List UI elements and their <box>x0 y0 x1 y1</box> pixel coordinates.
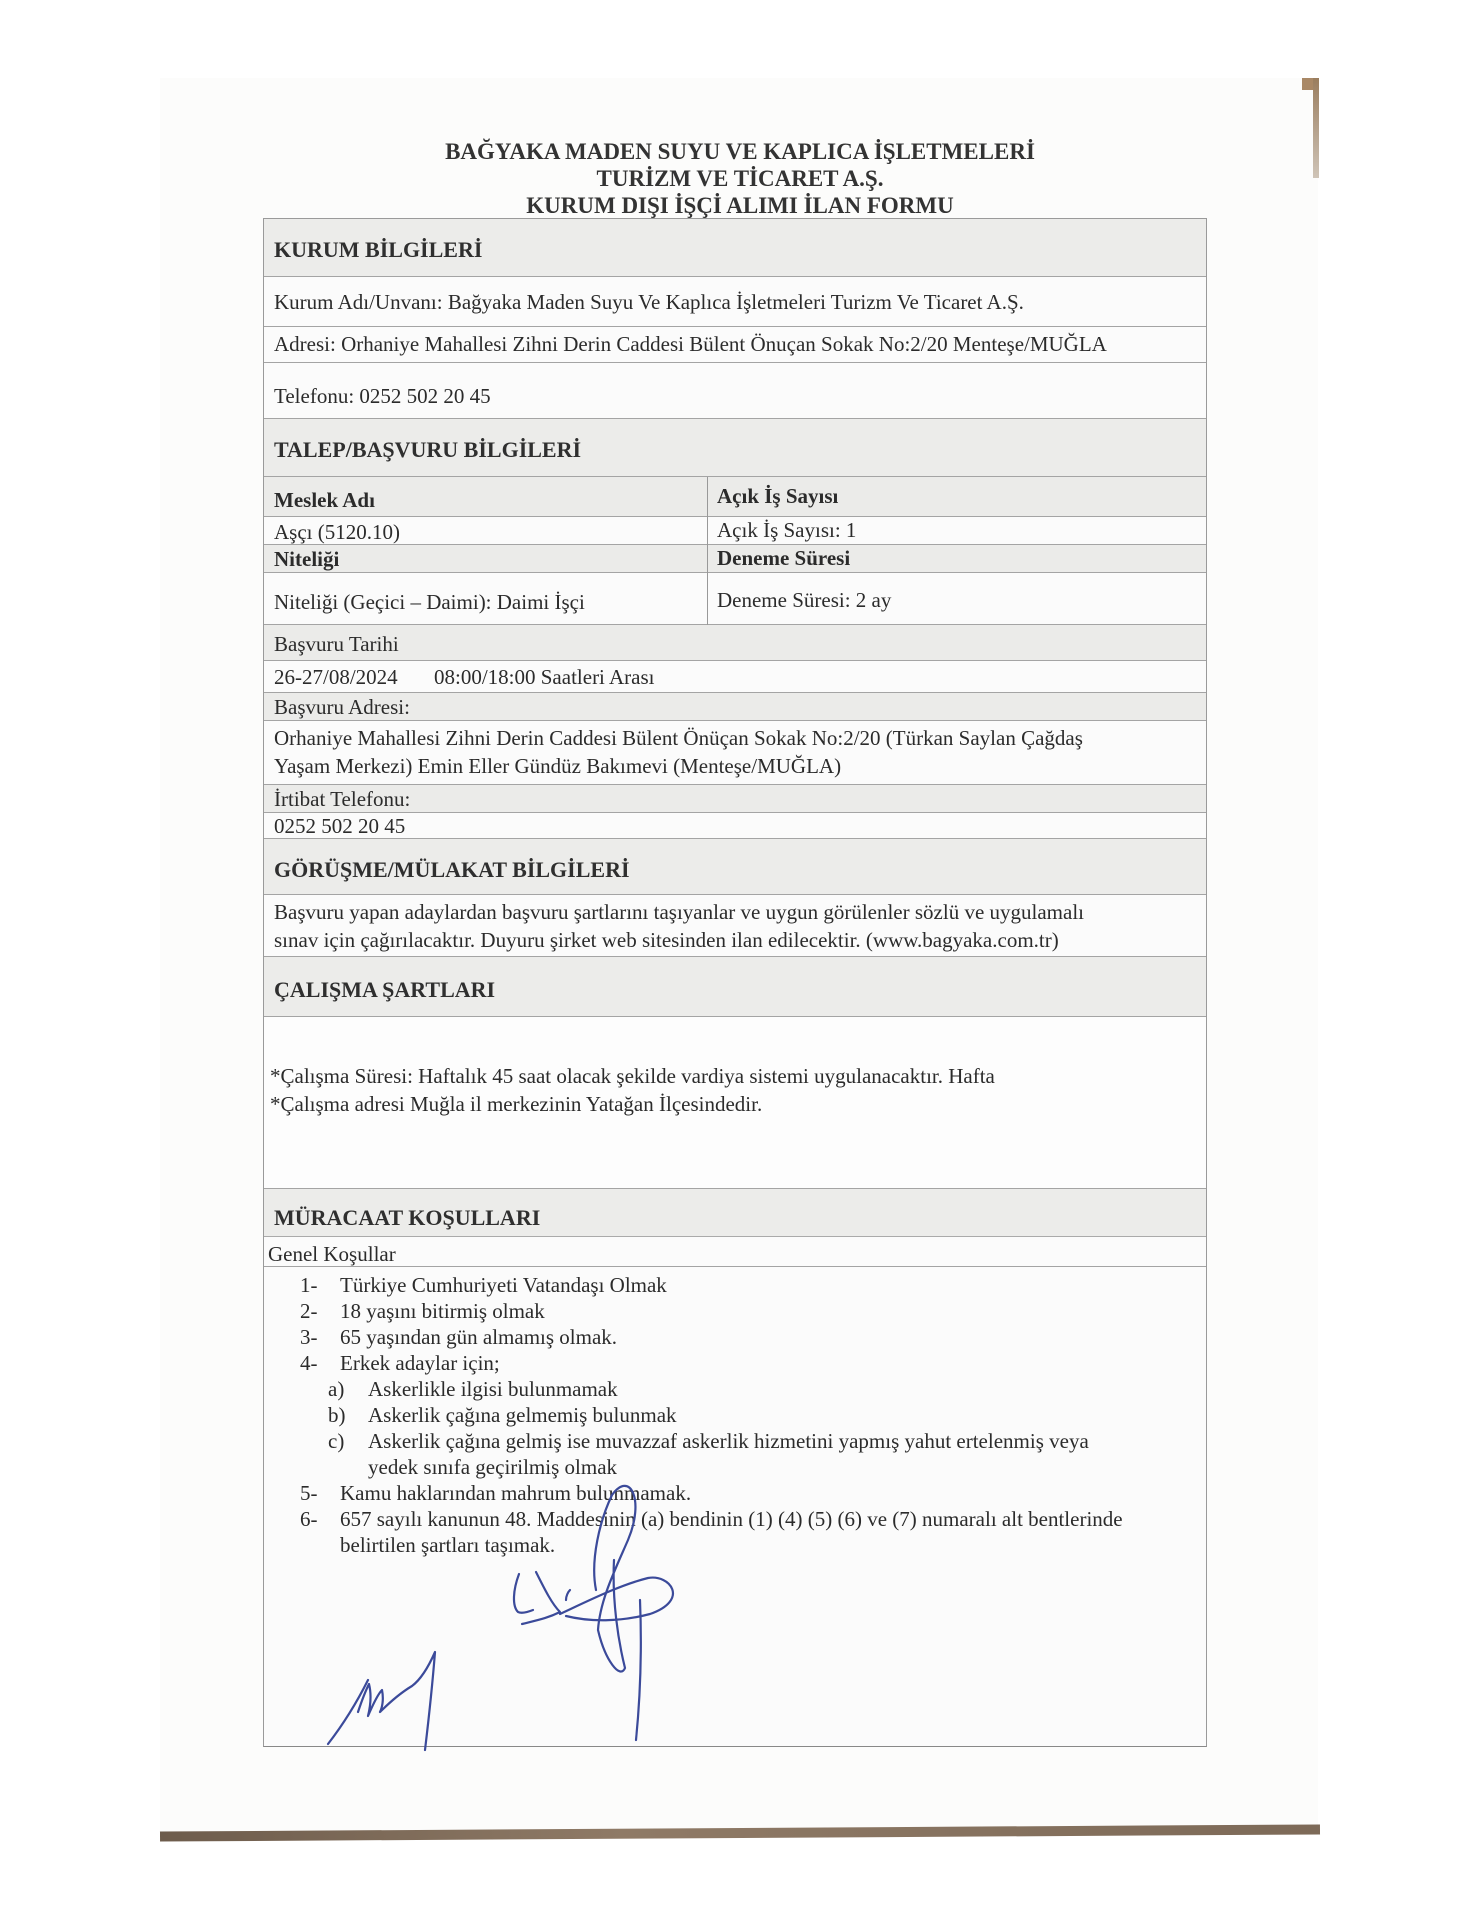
kurum-name-row: Kurum Adı/Unvanı: Bağyaka Maden Suyu Ve … <box>264 277 1206 327</box>
muracaat-heading: MÜRACAAT KOŞULLARI <box>274 1205 540 1231</box>
irtibat-value-row: 0252 502 20 45 <box>264 813 1206 839</box>
gorusme-line-2: sınav için çağırılacaktır. Duyuru şirket… <box>274 927 1059 953</box>
talep-label-row-1: Meslek Adı Açık İş Sayısı <box>264 477 1206 517</box>
adres-label-row: Başvuru Adresi: <box>264 693 1206 721</box>
deneme-value: Deneme Süresi: 2 ay <box>717 587 891 613</box>
title-line-2: TURİZM VE TİCARET A.Ş. <box>330 165 1150 192</box>
section-talep-heading: TALEP/BAŞVURU BİLGİLERİ <box>264 419 1206 477</box>
calisma-heading: ÇALIŞMA ŞARTLARI <box>274 977 495 1003</box>
tarih-label-row: Başvuru Tarihi <box>264 625 1206 661</box>
kurum-phone: Telefonu: 0252 502 20 45 <box>274 383 491 409</box>
gorusme-text-row: Başvuru yapan adaylardan başvuru şartlar… <box>264 895 1206 957</box>
genel-kosullar-heading: Genel Koşullar <box>268 1241 396 1267</box>
talep-heading: TALEP/BAŞVURU BİLGİLERİ <box>274 437 581 463</box>
kurum-address-row: Adresi: Orhaniye Mahallesi Zihni Derin C… <box>264 327 1206 363</box>
kurum-heading: KURUM BİLGİLERİ <box>274 237 482 263</box>
kurum-phone-row: Telefonu: 0252 502 20 45 <box>264 363 1206 419</box>
irtibat-label: İrtibat Telefonu: <box>274 786 410 812</box>
irtibat-value: 0252 502 20 45 <box>274 813 405 839</box>
tarih-value-row: 26-27/08/2024 08:00/18:00 Saatleri Arası <box>264 661 1206 693</box>
gorusme-line-1: Başvuru yapan adaylardan başvuru şartlar… <box>274 899 1084 925</box>
document-title: BAĞYAKA MADEN SUYU VE KAPLICA İŞLETMELER… <box>330 138 1150 219</box>
irtibat-label-row: İrtibat Telefonu: <box>264 785 1206 813</box>
adres-line-1: Orhaniye Mahallesi Zihni Derin Caddesi B… <box>274 725 1083 751</box>
genel-kosullar-row: Genel Koşullar <box>264 1237 1206 1267</box>
section-kurum-heading: KURUM BİLGİLERİ <box>264 219 1206 277</box>
nitelik-value: Niteliği (Geçici – Daimi): Daimi İşçi <box>274 589 585 615</box>
deneme-label: Deneme Süresi <box>717 545 850 571</box>
paper-right-edge <box>1313 78 1319 178</box>
column-divider <box>707 477 708 625</box>
section-gorusme-heading: GÖRÜŞME/MÜLAKAT BİLGİLERİ <box>264 839 1206 895</box>
talep-value-row-2: Niteliği (Geçici – Daimi): Daimi İşçi De… <box>264 573 1206 625</box>
kurum-name: Kurum Adı/Unvanı: Bağyaka Maden Suyu Ve … <box>274 289 1024 315</box>
calisma-text-row: *Çalışma Süresi: Haftalık 45 saat olacak… <box>264 1017 1206 1189</box>
adres-line-2: Yaşam Merkezi) Emin Eller Gündüz Bakımev… <box>274 753 841 779</box>
job-posting-form: KURUM BİLGİLERİ Kurum Adı/Unvanı: Bağyak… <box>263 218 1207 1747</box>
section-calisma-heading: ÇALIŞMA ŞARTLARI <box>264 957 1206 1017</box>
acik-is-value: Açık İş Sayısı: 1 <box>717 517 856 543</box>
title-line-3: KURUM DIŞI İŞÇİ ALIMI İLAN FORMU <box>330 192 1150 219</box>
meslek-label: Meslek Adı <box>274 487 375 513</box>
calisma-line-1: *Çalışma Süresi: Haftalık 45 saat olacak… <box>270 1063 995 1089</box>
adres-label: Başvuru Adresi: <box>274 694 410 720</box>
tarih-hours: 08:00/18:00 Saatleri Arası <box>434 664 654 690</box>
tarih-label: Başvuru Tarihi <box>274 631 399 657</box>
kurum-address: Adresi: Orhaniye Mahallesi Zihni Derin C… <box>274 331 1107 357</box>
meslek-value: Aşçı (5120.10) <box>274 519 400 545</box>
acik-is-label: Açık İş Sayısı <box>717 483 838 509</box>
tarih-date: 26-27/08/2024 <box>274 664 398 690</box>
talep-label-row-2: Niteliği Deneme Süresi <box>264 545 1206 573</box>
title-line-1: BAĞYAKA MADEN SUYU VE KAPLICA İŞLETMELER… <box>330 138 1150 165</box>
section-muracaat-heading: MÜRACAAT KOŞULLARI <box>264 1189 1206 1237</box>
gorusme-heading: GÖRÜŞME/MÜLAKAT BİLGİLERİ <box>274 857 630 883</box>
talep-value-row-1: Aşçı (5120.10) Açık İş Sayısı: 1 <box>264 517 1206 545</box>
calisma-line-2: *Çalışma adresi Muğla il merkezinin Yata… <box>270 1091 762 1117</box>
adres-value-row: Orhaniye Mahallesi Zihni Derin Caddesi B… <box>264 721 1206 785</box>
nitelik-label: Niteliği <box>274 546 339 572</box>
